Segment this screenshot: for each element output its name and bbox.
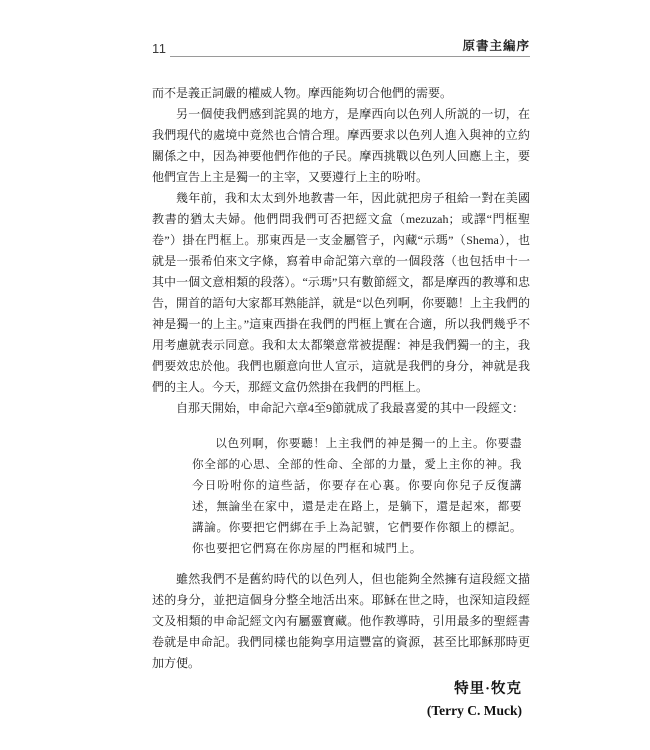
chapter-title: 原書主編序 bbox=[462, 36, 530, 54]
signature-block: 特里·牧克 (Terry C. Muck) bbox=[152, 678, 530, 722]
running-head: 11 原書主編序 bbox=[152, 40, 530, 57]
header-rule bbox=[170, 56, 530, 57]
page-content: 11 原書主編序 而不是義正詞嚴的權威人物。摩西能夠切合他們的需要。 另一個使我… bbox=[152, 40, 530, 722]
paragraph-closing: 雖然我們不是舊約時代的以色列人，但也能夠全然擁有這段經文描述的身分，並把這個身分… bbox=[152, 569, 530, 674]
page-number: 11 bbox=[152, 41, 167, 56]
paragraph-continuation: 而不是義正詞嚴的權威人物。摩西能夠切合他們的需要。 bbox=[152, 83, 530, 104]
paragraph: 自那天開始，申命記六章4至9節就成了我最喜愛的其中一段經文： bbox=[152, 398, 530, 419]
paragraph: 另一個使我們感到詫異的地方，是摩西向以色列人所説的一切，在我們現代的處境中竟然也… bbox=[152, 104, 530, 188]
scripture-blockquote: 以色列啊，你要聽！上主我們的神是獨一的上主。你要盡你全部的心思、全部的性命、全部… bbox=[192, 433, 522, 559]
body-text: 而不是義正詞嚴的權威人物。摩西能夠切合他們的需要。 另一個使我們感到詫異的地方，… bbox=[152, 83, 530, 674]
book-page: 11 原書主編序 而不是義正詞嚴的權威人物。摩西能夠切合他們的需要。 另一個使我… bbox=[0, 0, 650, 750]
paragraph: 幾年前，我和太太到外地教書一年，因此就把房子租給一對在美國教書的猶太夫婦。他們問… bbox=[152, 188, 530, 398]
signature-name-english: (Terry C. Muck) bbox=[152, 700, 522, 722]
signature-name: 特里·牧克 bbox=[152, 678, 522, 700]
